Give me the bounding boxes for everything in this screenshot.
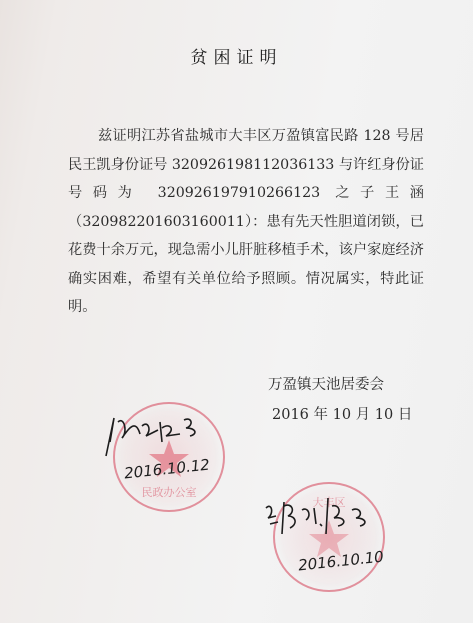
signature-right [262,494,382,540]
issuing-organization: 万盈镇天池居委会 [268,373,384,394]
issue-date: 2016 年 10 月 10 日 [272,403,412,424]
svg-text:民政办公室: 民政办公室 [142,485,197,499]
signature-left [100,412,210,462]
certificate-page: 贫困证明 兹证明江苏省盐城市大丰区万盈镇富民路 128 号居民王凯身份证号 32… [0,0,473,623]
certificate-body: 兹证明江苏省盐城市大丰区万盈镇富民路 128 号居民王凯身份证号 3209261… [68,122,424,322]
document-title: 贫困证明 [0,43,473,68]
